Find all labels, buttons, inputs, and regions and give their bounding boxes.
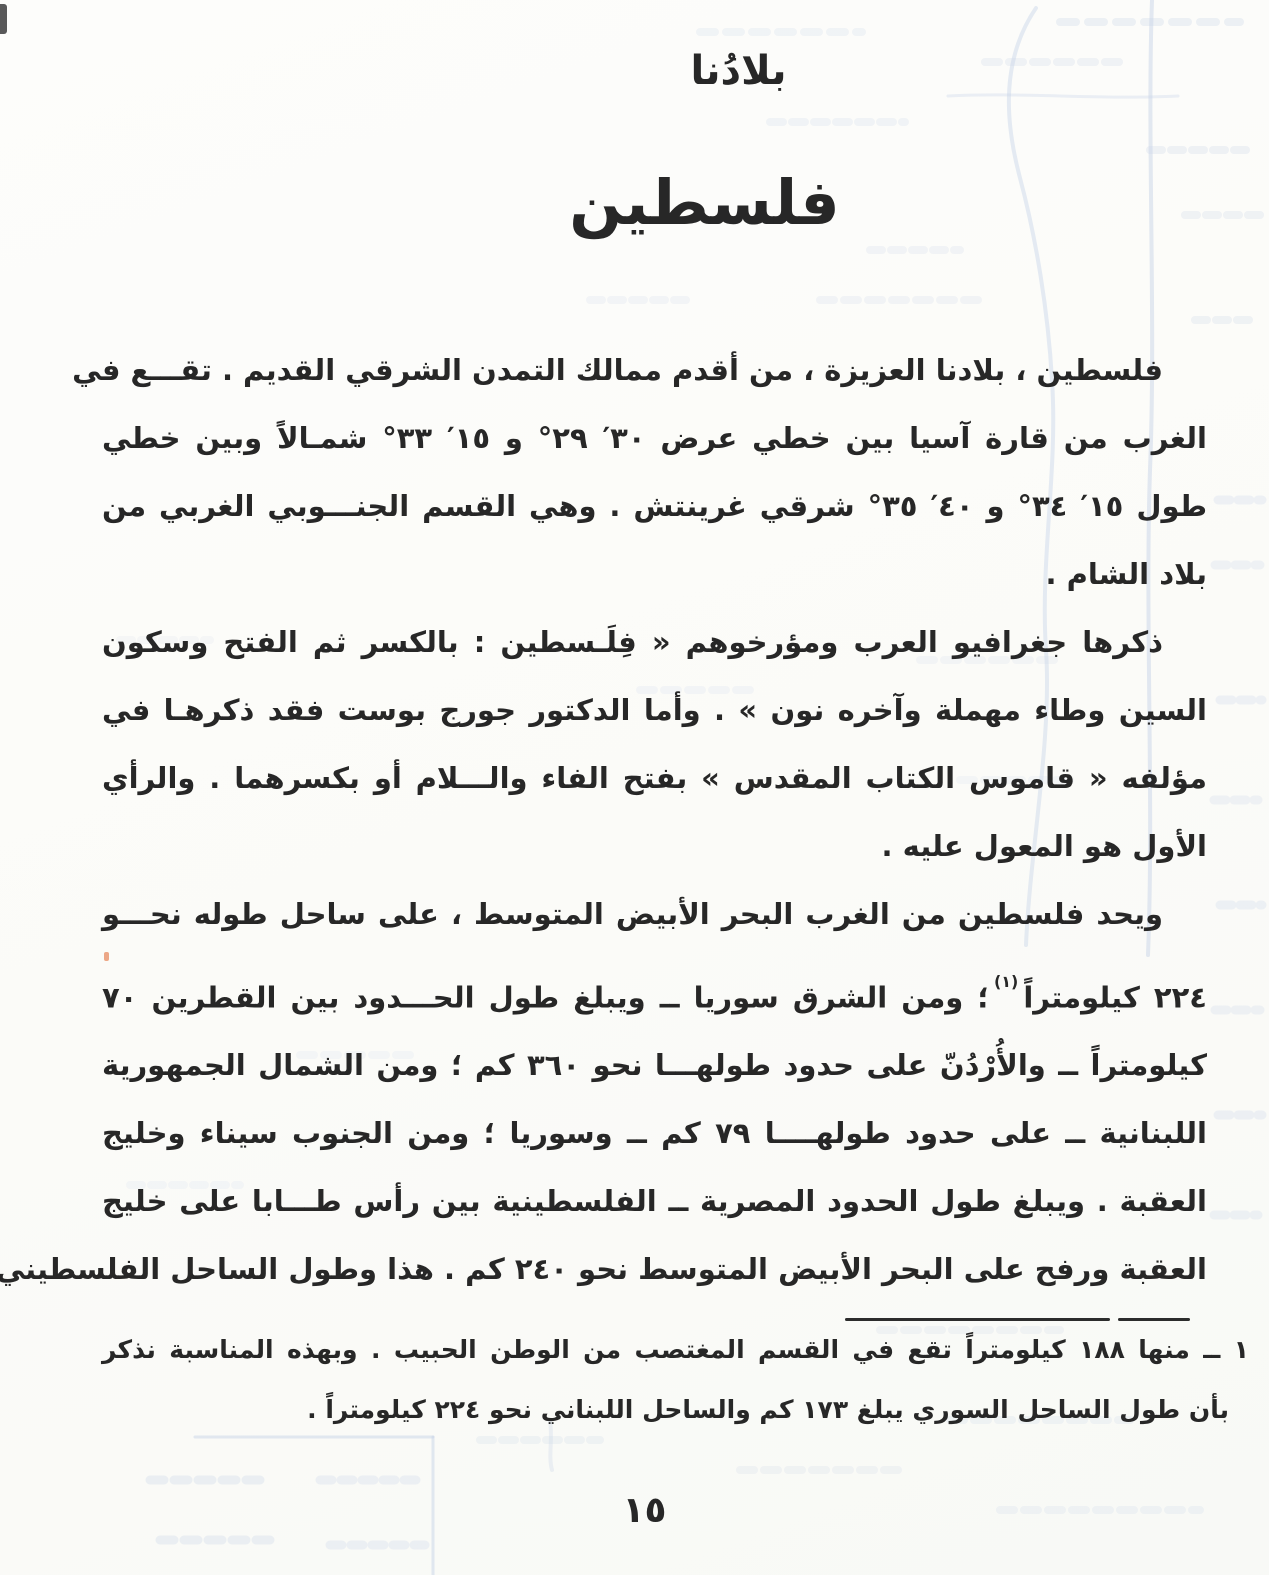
body-text: فلسطين ، بلادنا العزيزة ، من أقدم ممالك … (102, 336, 1207, 1303)
chapter-title-palestine: فلسطين (152, 166, 1257, 239)
text-line: العقبة . ويبلغ طول الحدود المصرية ــ الف… (102, 1167, 1207, 1235)
text-line: ويحد فلسطين من الغرب البحر الأبيض المتوس… (102, 880, 1207, 948)
page-content: بلادُنا فلسطين فلسطين ، بلادنا العزيزة ،… (102, 0, 1207, 1575)
book-page: بلادُنا فلسطين فلسطين ، بلادنا العزيزة ،… (0, 0, 1269, 1575)
text-line: الغرب من قارة آسيا بين خطي عرض ٣٠′ ٢٩° و… (102, 404, 1207, 472)
text-line: كيلومتراً ــ والأُرْدُنّ على حدود طولهــ… (102, 1031, 1207, 1099)
footnote-line: بأن طول الساحل السوري يبلغ ١٧٣ كم والساح… (102, 1380, 1249, 1440)
text-line: فلسطين ، بلادنا العزيزة ، من أقدم ممالك … (102, 336, 1207, 404)
scan-corner-mark (0, 4, 7, 34)
text-line: السين وطاء مهملة وآخره نون » . وأما الدك… (102, 676, 1207, 744)
text-line: طول ١٥′ ٣٤° و ٤٠′ ٣٥° شرقي غرينتش . وهي … (102, 472, 1207, 540)
text-segment: ٢٢٤ كيلومتراً (1023, 980, 1207, 1014)
footnote-line: ١ ــ منها ١٨٨ كيلومتراً تقع في القسم الم… (102, 1320, 1249, 1380)
text-line: ذكرها جغرافيو العرب ومؤرخوهم « فِلَـسطين… (102, 608, 1207, 676)
text-line: العقبة ورفح على البحر الأبيض المتوسط نحو… (102, 1235, 1207, 1303)
text-segment: ؛ ومن الشرق سوريا ــ ويبلغ طول الحـــدود… (102, 980, 989, 1014)
footnote: ١ ــ منها ١٨٨ كيلومتراً تقع في القسم الم… (102, 1320, 1249, 1440)
text-line: اللبنانية ــ على حدود طولهــــا ٧٩ كم ــ… (102, 1099, 1207, 1167)
text-line: الأول هو المعول عليه . (102, 812, 1207, 880)
text-line-with-footnote-ref: ٢٢٤ كيلومتراً(١)؛ ومن الشرق سوريا ــ ويب… (102, 948, 1207, 1031)
text-line: مؤلفه « قاموس الكتاب المقدس » بفتح الفاء… (102, 744, 1207, 812)
text-line: بلاد الشام . (102, 540, 1207, 608)
page-number: ١٥ (92, 1490, 1197, 1531)
section-title: بلادُنا (186, 48, 1269, 94)
footnote-reference-marker: (١) (994, 972, 1018, 991)
